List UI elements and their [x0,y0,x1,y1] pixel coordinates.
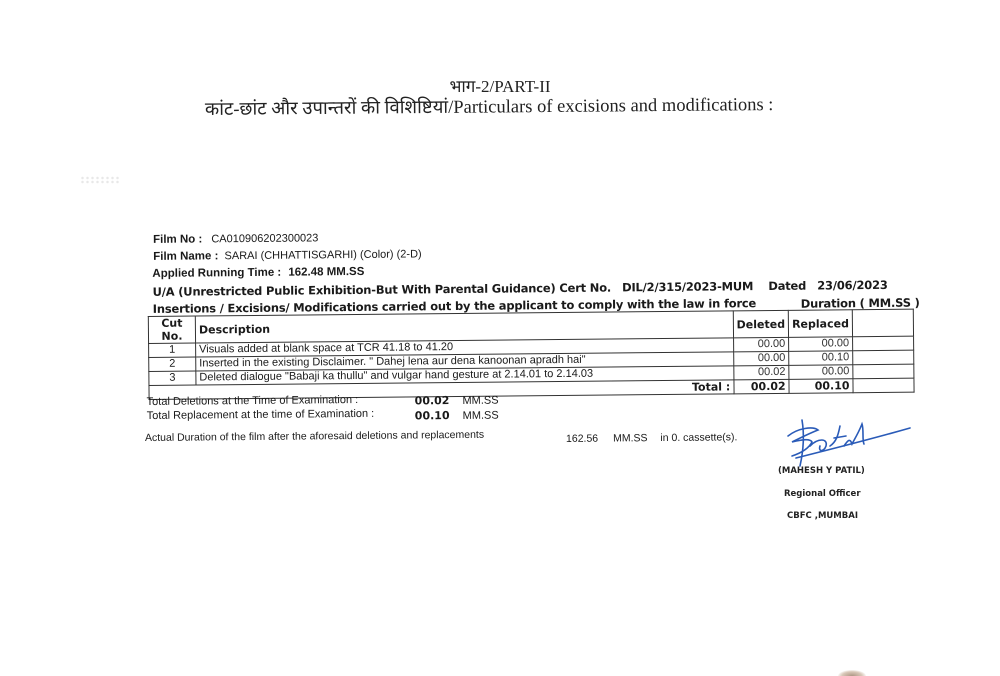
cert-number: DIL/2/315/2023-MUM [622,279,753,294]
total-replacement-value-wrap: 00.10 MM.SS [415,409,499,423]
cut-no: 3 [149,371,196,385]
actual-duration-label: Actual Duration of the film after the af… [145,429,484,444]
film-name-row: Film Name : SARAI (CHHATTISGARHI) (Color… [153,248,422,263]
cert-row: U/A (Unrestricted Public Exhibition-But … [153,278,888,299]
cut-deleted: 00.02 [734,365,790,380]
total-deletions-row: Total Deletions at the Time of Examinati… [147,394,359,408]
total-replacement-row: Total Replacement at the time of Examina… [147,408,375,422]
total-replacement-label: Total Replacement at the time of Examina… [147,408,375,422]
cuts-table: Cut No. Description Deleted Replaced 1 V… [148,309,915,400]
total-replacement-value: 00.10 [415,409,450,422]
total-extra [853,378,914,393]
cut-blank [853,364,914,379]
actual-duration-value-wrap: 162.56 MM.SS in 0. cassette(s). [566,431,738,445]
scan-speck [80,176,120,184]
signatory-name: (MAHESH Y PATIL) [778,466,865,476]
cut-deleted: 00.00 [733,337,789,352]
cut-blank [853,350,914,365]
actual-duration-value: 162.56 [566,433,598,445]
cut-replaced: 00.00 [789,365,853,380]
actual-duration-row: Actual Duration of the film after the af… [145,429,484,444]
film-no-row: Film No : CA010906202300023 [153,232,318,246]
section-title: कांट-छांट और उपान्तरों की विशिष्टियां/Pa… [205,90,865,121]
total-deletions-unit: MM.SS [462,395,498,407]
cut-no: 1 [149,343,196,357]
dated-value: 23/06/2023 [817,278,888,293]
signatory-office: CBFC ,MUMBAI [787,511,858,521]
running-time-label: Applied Running Time : [152,267,281,280]
cut-deleted: 00.00 [733,351,789,366]
cut-replaced: 00.00 [789,337,853,352]
col-replaced: Replaced [788,310,852,338]
film-name-label: Film Name : [153,250,218,263]
cut-replaced: 00.10 [789,351,853,366]
col-cut-no: Cut No. [148,316,195,343]
col-blank [852,309,913,337]
total-replaced: 00.10 [789,379,853,394]
film-no-label: Film No : [153,233,202,245]
total-deletions-label: Total Deletions at the Time of Examinati… [147,394,359,408]
actual-duration-unit: MM.SS [613,432,648,444]
signatory-designation: Regional Officer [784,489,861,499]
cassette-count: in 0. cassette(s). [660,431,737,444]
film-no-value: CA010906202300023 [211,232,318,245]
cut-no: 2 [149,357,196,371]
dated-label: Dated [768,279,806,293]
certificate-details: Film No : CA010906202300023 Film Name : … [145,225,927,432]
total-deletions-value-wrap: 00.02 MM.SS [415,394,499,408]
cert-category: U/A (Unrestricted Public Exhibition-But … [153,281,612,299]
total-deletions-value: 00.02 [415,394,450,407]
running-time-row: Applied Running Time : 162.48 MM.SS [152,266,364,280]
running-time-value: 162.48 MM.SS [288,266,364,279]
cut-blank [853,336,914,351]
total-deleted: 00.02 [734,379,790,394]
film-name-value: SARAI (CHHATTISGARHI) (Color) (2-D) [224,248,421,262]
col-deleted: Deleted [733,310,789,338]
total-replacement-unit: MM.SS [463,410,499,422]
scan-smudge [838,670,866,676]
